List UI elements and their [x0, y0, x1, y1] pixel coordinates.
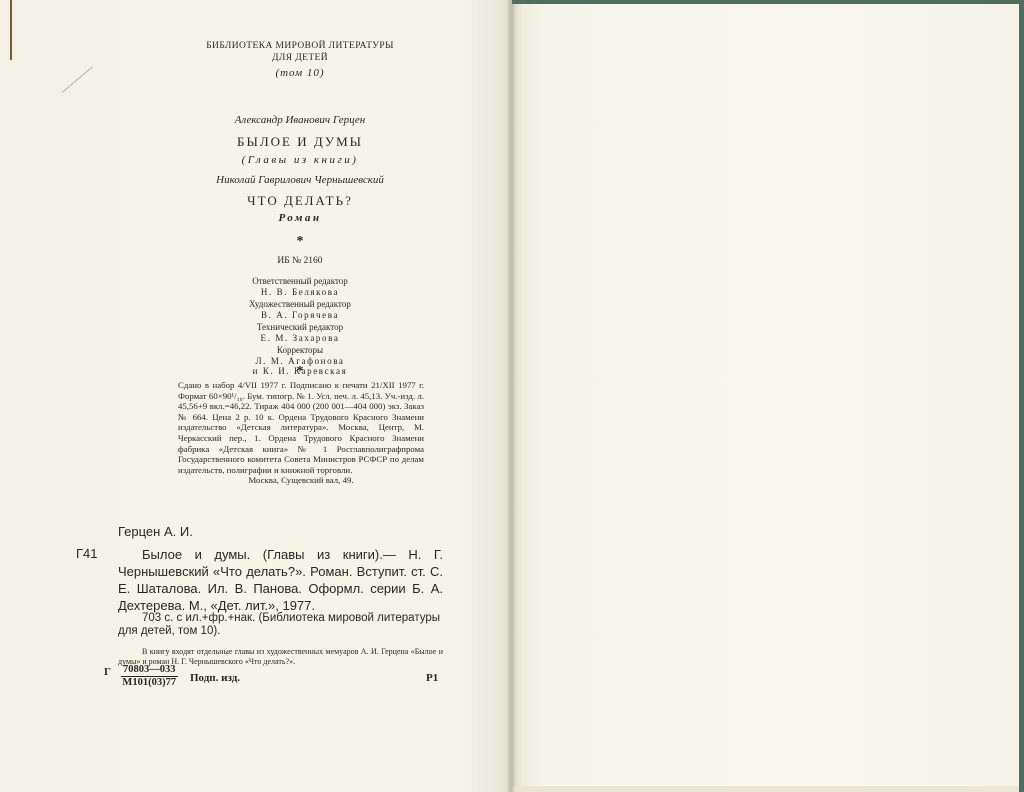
credit-role: Корректоры [170, 345, 430, 356]
subscription-label: Подп. изд. [190, 672, 240, 684]
index-numerator: 70803—033 [121, 664, 178, 677]
title-byloe-i-dumy: БЫЛОЕ И ДУМЫ [170, 134, 430, 150]
author-chernyshevsky: Николай Гаврилович Чернышевский [170, 174, 430, 186]
index-denominator: М101(03)77 [121, 677, 178, 689]
credit-name: Е. М. Захарова [170, 333, 430, 344]
title-chto-delat: ЧТО ДЕЛАТЬ? [170, 193, 430, 209]
catalog-index-fraction: 70803—033 М101(03)77 [121, 664, 178, 689]
credit-name: Н. В. Белякова [170, 287, 430, 298]
imprint-address: Москва, Сущевский вал, 49. [178, 475, 424, 486]
book-cover-edge [1019, 0, 1024, 792]
separator-star: * [170, 364, 430, 380]
catalog-description: Былое и думы. (Главы из книги).— Н. Г. Ч… [118, 546, 443, 614]
page-edge [10, 0, 12, 60]
genre-label: Роман [170, 212, 430, 224]
author-herzen: Александр Иванович Герцен [170, 114, 430, 126]
series-volume: (том 10) [170, 67, 430, 79]
credit-role: Технический редактор [170, 322, 430, 333]
catalog-code: Г41 [76, 546, 98, 561]
credit-role: Ответственный редактор [170, 276, 430, 287]
catalog-author: Герцен А. И. [118, 524, 193, 539]
left-page: БИБЛИОТЕКА МИРОВОЙ ЛИТЕРАТУРЫ ДЛЯ ДЕТЕЙ … [0, 0, 512, 792]
right-page-blank [512, 4, 1019, 786]
pencil-mark [62, 66, 93, 92]
series-line-1: БИБЛИОТЕКА МИРОВОЙ ЛИТЕРАТУРЫ [206, 41, 394, 51]
imprint-block: Сдано в набор 4/VII 1977 г. Подписано к … [178, 380, 424, 486]
subtitle-chapters: (Главы из книги) [170, 154, 430, 166]
ib-number: ИБ № 2160 [170, 256, 430, 266]
credit-role: Художественный редактор [170, 299, 430, 310]
catalog-index-letter: Г [104, 666, 111, 678]
series-line-2: ДЛЯ ДЕТЕЙ [272, 53, 328, 63]
bbk-code: Р1 [426, 672, 438, 684]
imprint-text: Сдано в набор 4/VII 1977 г. Подписано к … [178, 380, 424, 475]
series-header: БИБЛИОТЕКА МИРОВОЙ ЛИТЕРАТУРЫ ДЛЯ ДЕТЕЙ … [170, 40, 430, 79]
separator-star: * [170, 234, 430, 250]
book-gutter [506, 0, 516, 792]
catalog-pages: 703 с. с ил.+фр.+нак. (Библиотека мирово… [118, 612, 443, 638]
credit-name: В. А. Горячева [170, 310, 430, 321]
